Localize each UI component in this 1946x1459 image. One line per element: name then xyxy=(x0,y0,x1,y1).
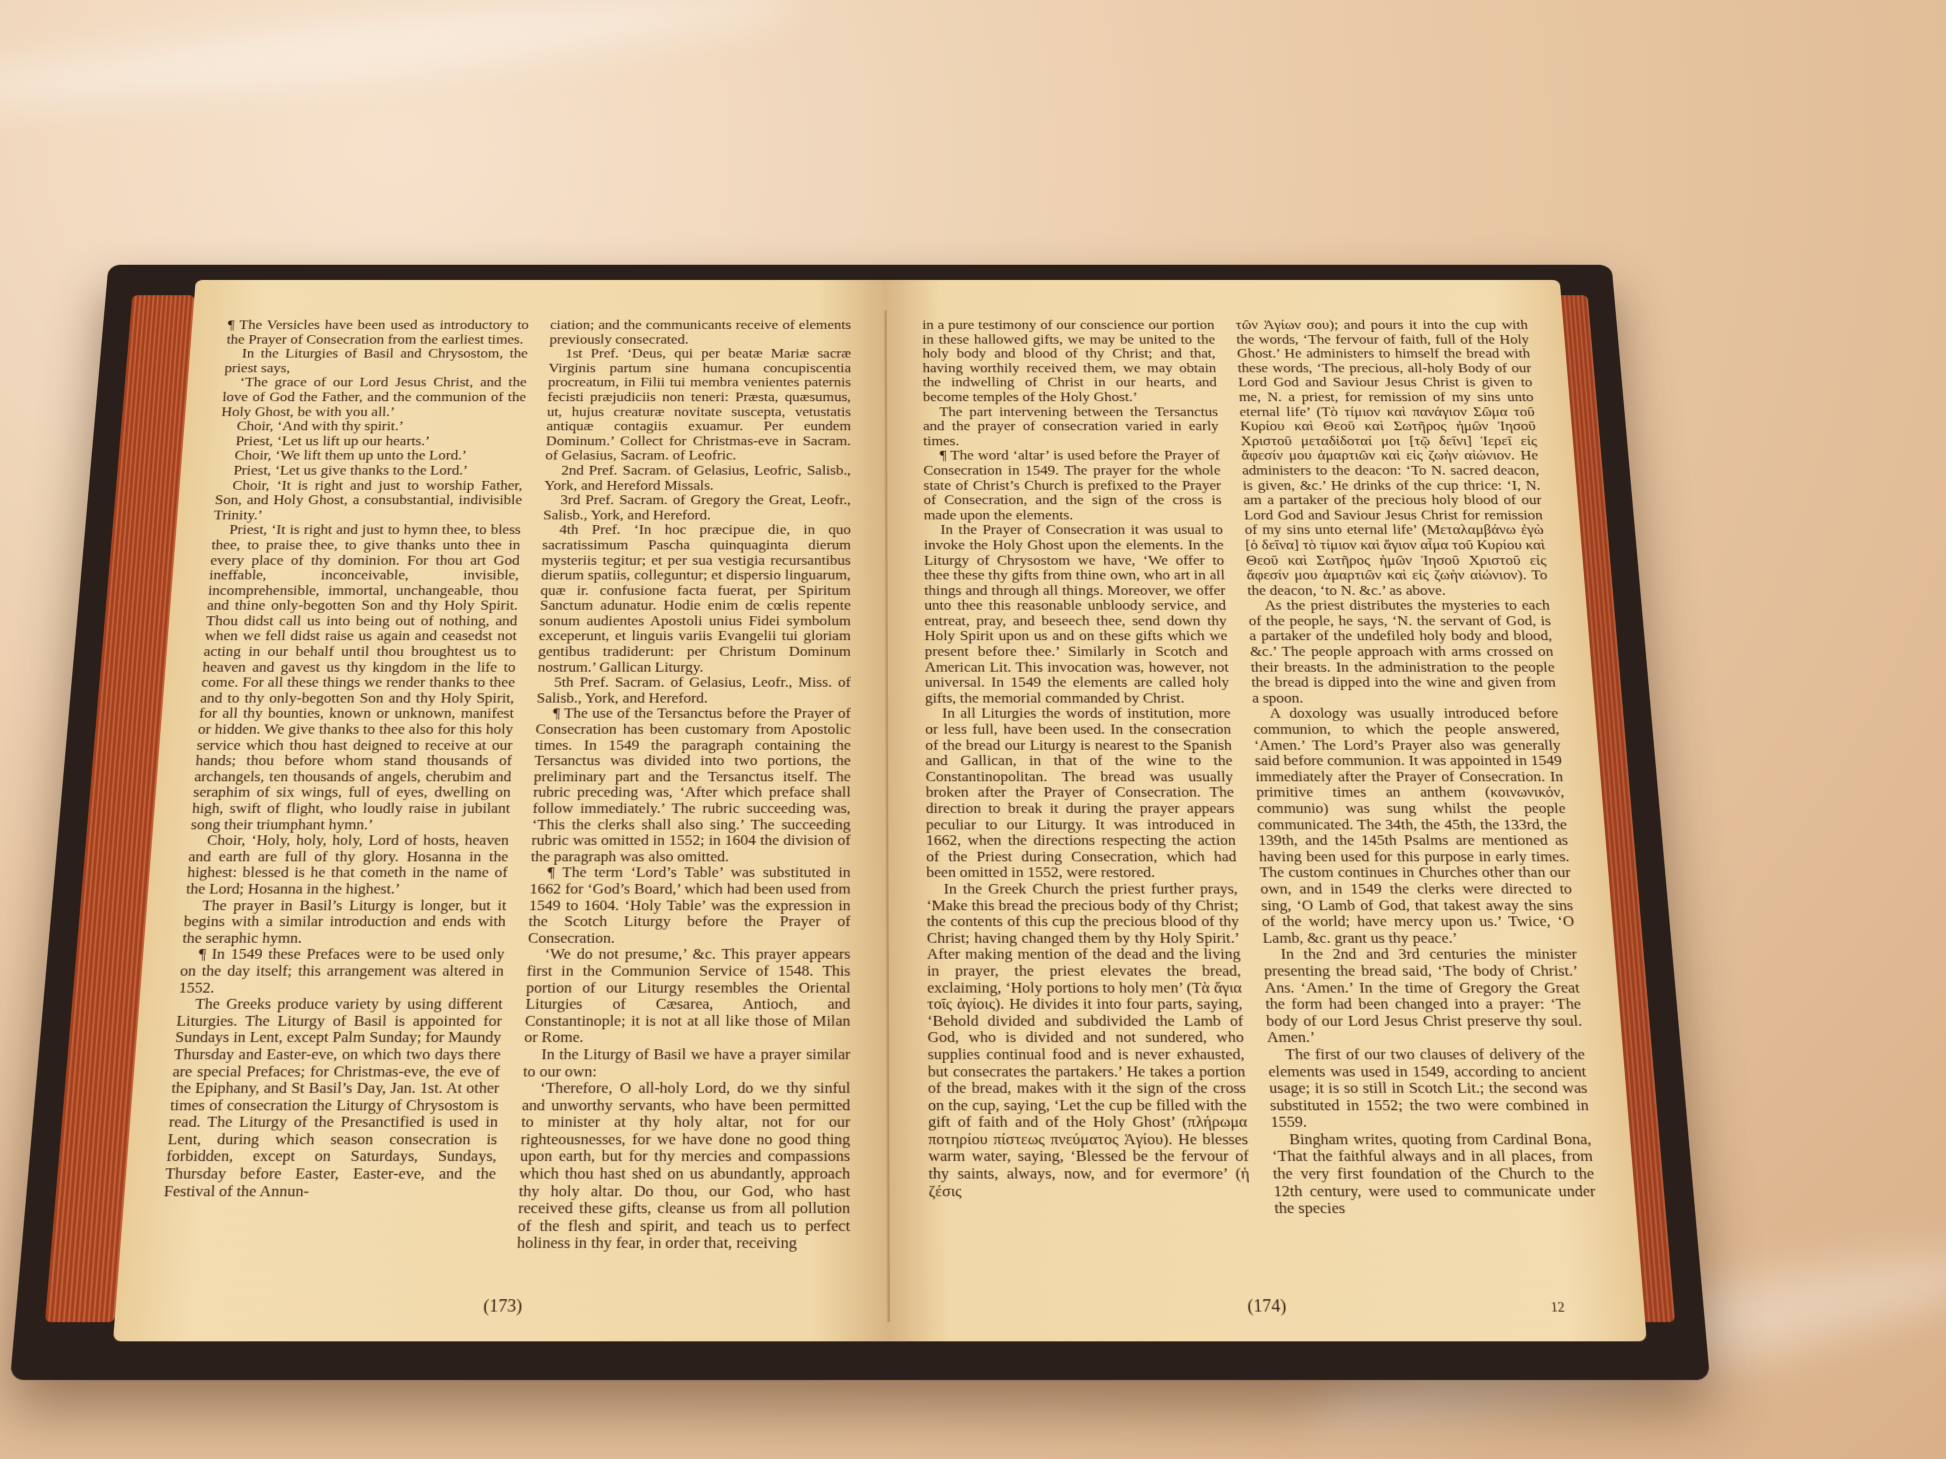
paragraph: 5th Pref. Sacram. of Gelasius, Leofr., M… xyxy=(536,675,850,706)
left-page-column-1: ¶ The Versicles have been used as introd… xyxy=(159,318,529,1255)
paragraph: In the Prayer of Consecration it was usu… xyxy=(924,523,1230,706)
paragraph: Choir, ‘And with thy spirit.’ xyxy=(220,419,525,434)
paragraph: ¶ The Versicles have been used as introd… xyxy=(226,318,529,347)
page-number: (174) xyxy=(890,1296,1645,1316)
paragraph: ¶ In 1549 these Prefaces were to be used… xyxy=(178,947,504,997)
paragraph: ¶ The use of the Tersanctus before the P… xyxy=(531,706,851,865)
paragraph: Choir, ‘We lift them up unto the Lord.’ xyxy=(218,449,524,464)
paragraph: in a pure testimony of our conscience ou… xyxy=(922,318,1217,405)
paragraph: The prayer in Basil’s Liturgy is longer,… xyxy=(182,898,507,947)
paragraph: A doxology was usually introduced before… xyxy=(1252,706,1576,946)
paragraph: Bingham writes, quoting from Cardinal Bo… xyxy=(1271,1131,1597,1217)
paragraph: In the Liturgies of Basil and Chrysostom… xyxy=(224,347,528,376)
paragraph: 4th Pref. ‘In hoc præcipue die, in quo s… xyxy=(537,523,850,675)
paragraph: Choir, ‘It is right and just to worship … xyxy=(213,478,523,523)
paragraph: As the priest distributes the mysteries … xyxy=(1248,598,1558,706)
paragraph: Priest, ‘Let us give thanks to the Lord.… xyxy=(217,463,524,478)
paragraph: ¶ The term ‘Lord’s Table’ was substitute… xyxy=(528,865,851,947)
paragraph: Priest, ‘It is right and just to hymn th… xyxy=(190,523,521,833)
left-page: ¶ The Versicles have been used as introd… xyxy=(113,280,890,1341)
paragraph: 2nd Pref. Sacram. of Gelasius, Leofric, … xyxy=(544,463,851,493)
paragraph: Choir, ‘Holy, holy, holy, Lord of hosts,… xyxy=(186,833,510,898)
paragraph: ‘The grace of our Lord Jesus Christ, and… xyxy=(221,376,527,420)
paragraph: ‘We do not presume,’ &c. This prayer app… xyxy=(524,947,850,1047)
paragraph: In the Greek Church the priest further p… xyxy=(926,881,1250,1200)
signature-mark: 12 xyxy=(1550,1301,1565,1316)
paragraph: ‘Therefore, O all-holy Lord, do we thy s… xyxy=(517,1080,851,1252)
page-number: (173) xyxy=(115,1296,890,1316)
paragraph: 1st Pref. ‘Deus, qui per beatæ Mariæ sac… xyxy=(545,347,851,464)
paragraph: The first of our two clauses of delivery… xyxy=(1267,1046,1590,1131)
marble-vein xyxy=(0,0,801,127)
left-page-column-2: ciation; and the communicants receive of… xyxy=(517,318,852,1255)
paragraph: In all Liturgies the words of institutio… xyxy=(925,706,1237,881)
paragraph: τῶν Ἁγίων σου); and pours it into the cu… xyxy=(1235,318,1549,598)
right-page: in a pure testimony of our conscience ou… xyxy=(887,280,1647,1341)
paragraph: Priest, ‘Let us lift up our hearts.’ xyxy=(219,434,525,449)
paragraph: ciation; and the communicants receive of… xyxy=(549,318,851,347)
paragraph: 3rd Pref. Sacram. of Gregory the Great, … xyxy=(543,493,851,523)
paragraph: In the Liturgy of Basil we have a prayer… xyxy=(523,1046,851,1080)
paragraph: The Greeks produce variety by using diff… xyxy=(163,996,503,1200)
right-page-column-1: in a pure testimony of our conscience ou… xyxy=(922,318,1253,1255)
open-book: ¶ The Versicles have been used as introd… xyxy=(10,265,1710,1380)
paragraph: In the 2nd and 3rd centuries the ministe… xyxy=(1263,947,1584,1047)
paragraph: ¶ The word ‘altar’ is used before the Pr… xyxy=(923,449,1222,523)
paragraph: The part intervening between the Tersanc… xyxy=(923,405,1220,449)
right-page-column-2: τῶν Ἁγίων σου); and pours it into the cu… xyxy=(1235,318,1600,1255)
